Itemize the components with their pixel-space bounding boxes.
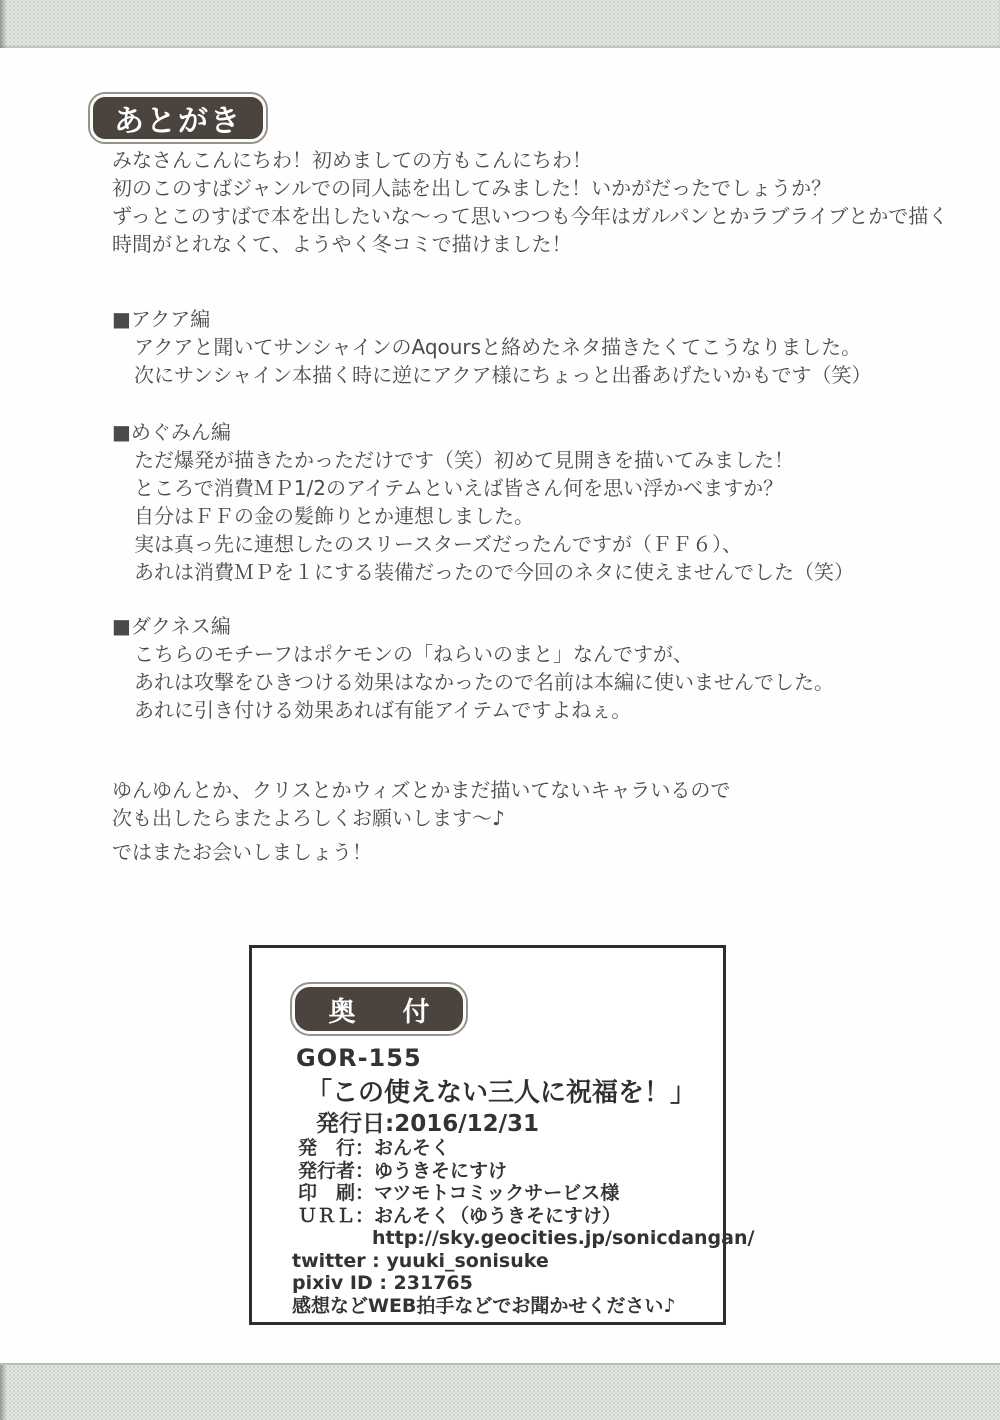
section-megumin-heading: ■めぐみん編: [112, 418, 854, 446]
afterword-title-badge: あとがき: [90, 94, 266, 142]
publication-date: 発行日:2016/12/31: [316, 1105, 539, 1138]
colophon-title-text: 奥 付: [329, 990, 440, 1029]
closing-line: 次も出したらまたよろしくお願いします～♪: [112, 804, 730, 832]
section-darkness-heading: ■ダクネス編: [112, 612, 834, 640]
pixiv-id-row: pixiv ID : 231765: [292, 1272, 723, 1295]
author-row: 発行者：ゆうきそにすけ: [298, 1160, 723, 1183]
colophon-title-badge: 奥 付: [292, 984, 466, 1034]
closing-line: ゆんゆんとか、クリスとかウィズとかまだ描いてないキャラいるので: [112, 776, 730, 804]
feedback-note-row: 感想などWEB拍手などでお聞かせください♪: [292, 1295, 723, 1318]
section-megumin-line: 実は真っ先に連想したのスリースターズだったんですが（ＦＦ６）、: [112, 530, 854, 558]
publisher-row: 発 行：おんそく: [298, 1137, 723, 1160]
url-address-row: http://sky.geocities.jp/sonicdangan/: [372, 1227, 723, 1250]
twitter-row: twitter : yuuki_sonisuke: [292, 1250, 723, 1273]
afterword-title-text: あとがき: [114, 96, 242, 140]
farewell-text: ではまたお会いしましょう！: [112, 838, 372, 866]
section-aqua: ■アクア編 アクアと聞いてサンシャインのAqoursと絡めたネタ描きたくてこうな…: [112, 305, 872, 389]
section-darkness-line: あれに引き付ける効果あれば有能アイテムですよねぇ。: [112, 696, 834, 724]
url-label-row: ＵＲＬ：おんそく（ゆうきそにすけ）: [298, 1205, 723, 1228]
section-aqua-line: 次にサンシャイン本描く時に逆にアクア様にちょっと出番あげたいかもです（笑）: [112, 361, 872, 389]
section-darkness: ■ダクネス編 こちらのモチーフはポケモンの「ねらいのまと」なんですが、 あれは攻…: [112, 612, 834, 724]
afterword-page: あとがき みなさんこんにちわ！初めましての方もこんにちわ！ 初のこのすばジャンル…: [0, 0, 1000, 1420]
bottom-halftone-band: [0, 1363, 1000, 1420]
scan-edge-shadow: [0, 1365, 7, 1420]
intro-paragraph: みなさんこんにちわ！初めましての方もこんにちわ！ 初のこのすばジャンルでの同人誌…: [112, 146, 948, 258]
section-aqua-heading: ■アクア編: [112, 305, 872, 333]
printer-row: 印 刷：マツモトコミックサービス様: [298, 1182, 723, 1205]
top-halftone-band: [0, 0, 1000, 48]
intro-line: 初のこのすばジャンルでの同人誌を出してみました！いかがだったでしょうか？: [112, 174, 948, 202]
section-darkness-line: こちらのモチーフはポケモンの「ねらいのまと」なんですが、: [112, 640, 834, 668]
book-code: GOR-155: [296, 1044, 422, 1072]
section-megumin-line: ただ爆発が描きたかっただけです（笑）初めて見開きを描いてみました！: [112, 446, 854, 474]
colophon-box: 奥 付 GOR-155 「この使えない三人に祝福を！」 発行日:2016/12/…: [249, 945, 726, 1325]
intro-line: みなさんこんにちわ！初めましての方もこんにちわ！: [112, 146, 948, 174]
colophon-details: 発 行：おんそく 発行者：ゆうきそにすけ 印 刷：マツモトコミックサービス様 Ｕ…: [252, 1137, 723, 1317]
intro-line: ずっとこのすばで本を出したいな～って思いつつも今年はガルパンとかラブライブとかで…: [112, 202, 948, 230]
scan-edge-shadow: [0, 0, 7, 48]
farewell-line: ではまたお会いしましょう！: [112, 838, 372, 866]
section-darkness-line: あれは攻撃をひきつける効果はなかったので名前は本編に使いませんでした。: [112, 668, 834, 696]
section-megumin-line: あれは消費ＭＰを１にする装備だったので今回のネタに使えませんでした（笑）: [112, 558, 854, 586]
intro-line: 時間がとれなくて、ようやく冬コミで描けました！: [112, 230, 948, 258]
book-title: 「この使えない三人に祝福を！」: [306, 1072, 696, 1109]
section-megumin-line: ところで消費ＭＰ1/2のアイテムといえば皆さん何を思い浮かべますか？: [112, 474, 854, 502]
section-megumin: ■めぐみん編 ただ爆発が描きたかっただけです（笑）初めて見開きを描いてみました！…: [112, 418, 854, 586]
section-aqua-line: アクアと聞いてサンシャインのAqoursと絡めたネタ描きたくてこうなりました。: [112, 333, 872, 361]
section-megumin-line: 自分はＦＦの金の髪飾りとか連想しました。: [112, 502, 854, 530]
closing-paragraph: ゆんゆんとか、クリスとかウィズとかまだ描いてないキャラいるので 次も出したらまた…: [112, 776, 730, 832]
